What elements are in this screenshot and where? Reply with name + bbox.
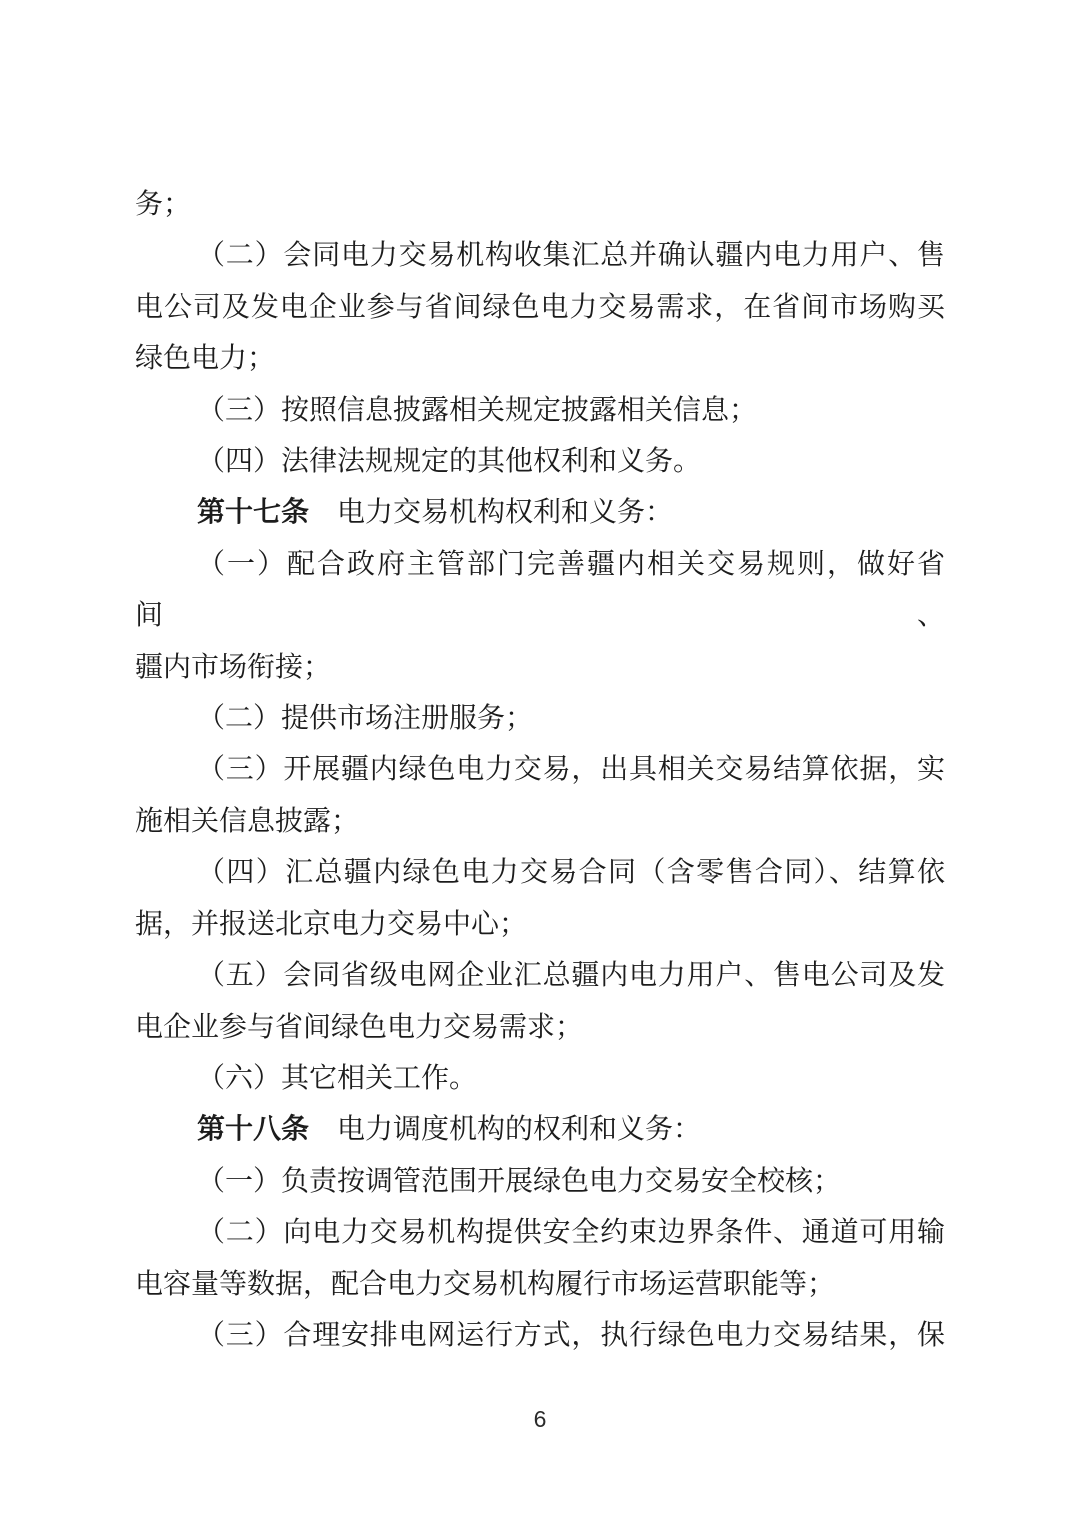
body-text-line: 电容量等数据，配合电力交易机构履行市场运营职能等； — [135, 1258, 945, 1309]
body-text-line: （六）其它相关工作。 — [135, 1052, 945, 1103]
body-text-line: （四）法律法规规定的其他权利和义务。 — [135, 435, 945, 486]
body-text-line: （二）向电力交易机构提供安全约束边界条件、通道可用输 — [135, 1206, 945, 1257]
body-text-line: （三）合理安排电网运行方式，执行绿色电力交易结果，保 — [135, 1309, 945, 1360]
body-text-line: （二）提供市场注册服务； — [135, 692, 945, 743]
body-text-line: 绿色电力； — [135, 332, 945, 383]
continuation-line: 务； — [135, 178, 945, 229]
body-text-line: 疆内市场衔接； — [135, 641, 945, 692]
body-text-line: 据，并报送北京电力交易中心； — [135, 898, 945, 949]
page-number: 6 — [0, 1406, 1080, 1433]
article-number: 第十七条 — [197, 496, 309, 527]
article-heading-line: 第十八条 电力调度机构的权利和义务： — [135, 1103, 945, 1154]
article-heading-line: 第十七条 电力交易机构权利和义务： — [135, 486, 945, 537]
body-text-line: （一）配合政府主管部门完善疆内相关交易规则，做好省间、 — [135, 538, 945, 641]
body-text-line: （二）会同电力交易机构收集汇总并确认疆内电力用户、售 — [135, 229, 945, 280]
body-text-line: （五）会同省级电网企业汇总疆内电力用户、售电公司及发 — [135, 949, 945, 1000]
document-page: 务；（二）会同电力交易机构收集汇总并确认疆内电力用户、售电公司及发电企业参与省间… — [0, 0, 1080, 1527]
body-text-line: （三）按照信息披露相关规定披露相关信息； — [135, 384, 945, 435]
body-text-line: （一）负责按调管范围开展绿色电力交易安全校核； — [135, 1155, 945, 1206]
body-text-line: 施相关信息披露； — [135, 795, 945, 846]
body-text-line: 电公司及发电企业参与省间绿色电力交易需求，在省间市场购买 — [135, 281, 945, 332]
body-text-line: 电企业参与省间绿色电力交易需求； — [135, 1001, 945, 1052]
document-body-text: 务；（二）会同电力交易机构收集汇总并确认疆内电力用户、售电公司及发电企业参与省间… — [135, 178, 945, 1360]
body-text-line: （三）开展疆内绿色电力交易，出具相关交易结算依据，实 — [135, 743, 945, 794]
article-number: 第十八条 — [197, 1113, 309, 1144]
body-text-line: （四）汇总疆内绿色电力交易合同（含零售合同）、结算依 — [135, 846, 945, 897]
